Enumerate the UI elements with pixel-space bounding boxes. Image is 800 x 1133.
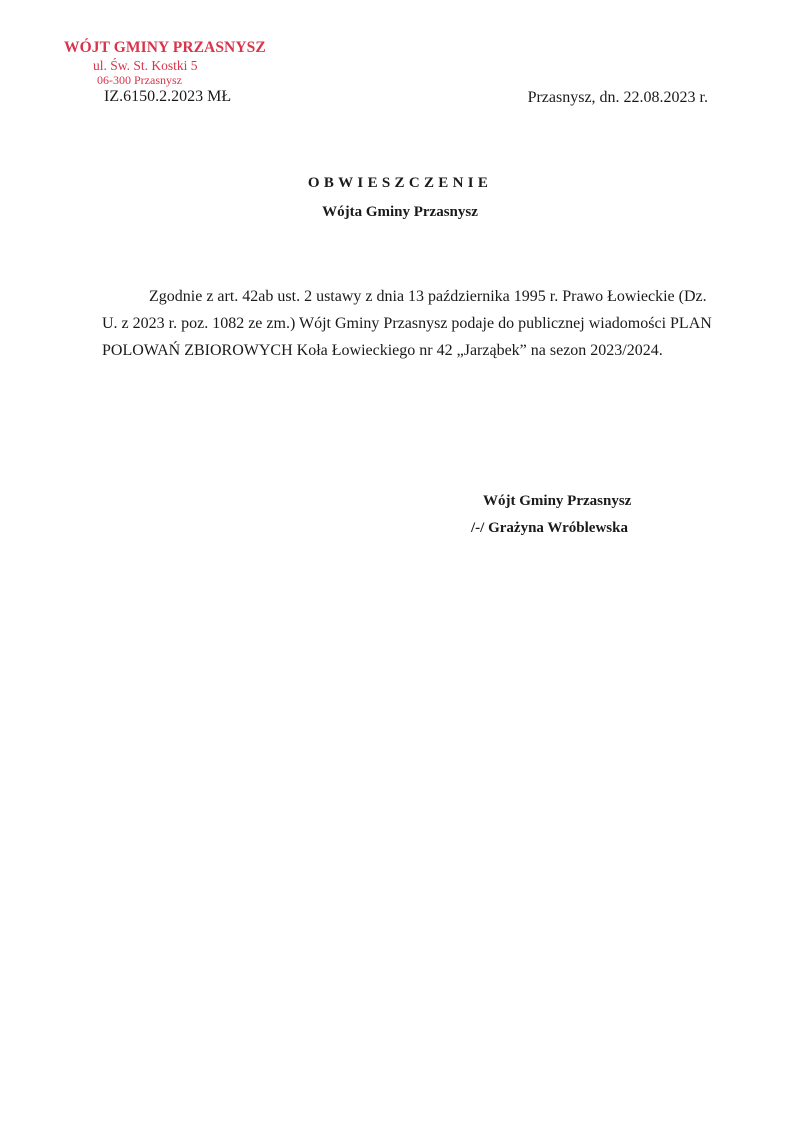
document-subtitle: Wójta Gminy Przasnysz: [0, 204, 800, 221]
body-line: POLOWAŃ ZBIOROWYCH Koła Łowieckiego nr 4…: [102, 337, 732, 364]
stamp-title: WÓJT GMINY PRZASNYSZ: [64, 39, 266, 57]
stamp-address-street: ul. Św. St. Kostki 5: [93, 58, 198, 74]
signature-name: /-/ Grażyna Wróblewska: [471, 520, 628, 537]
stamp-address-city: 06-300 Przasnysz: [97, 73, 182, 88]
reference-number: IZ.6150.2.2023 MŁ: [104, 88, 231, 106]
document-title: OBWIESZCZENIE: [0, 175, 800, 192]
place-and-date: Przasnysz, dn. 22.08.2023 r.: [528, 89, 708, 107]
body-line: U. z 2023 r. poz. 1082 ze zm.) Wójt Gmin…: [102, 310, 732, 337]
document-body: Zgodnie z art. 42ab ust. 2 ustawy z dnia…: [102, 283, 732, 364]
body-line: Zgodnie z art. 42ab ust. 2 ustawy z dnia…: [102, 283, 732, 310]
signature-role: Wójt Gminy Przasnysz: [483, 493, 631, 510]
